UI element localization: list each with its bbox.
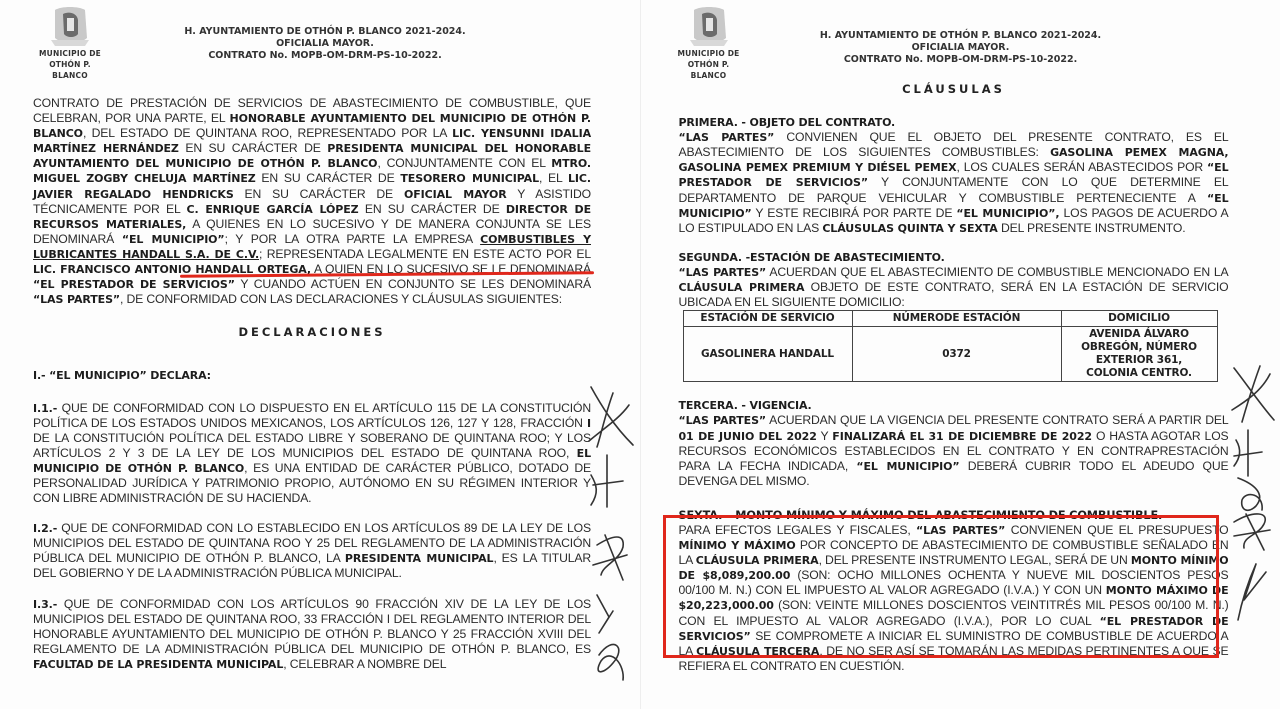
clause-primera-heading: PRIMERA. - OBJETO DEL CONTRATO. [679, 115, 1229, 130]
section-title-clausulas: CLÁUSULAS [679, 82, 1229, 97]
municipality-logo: MUNICIPIO DE OTHÓN P. BLANCO [669, 4, 749, 81]
signature-marks-left [583, 385, 638, 690]
table-header-row: ESTACIÓN DE SERVICIO NÚMERODE ESTACIÓN D… [683, 311, 1217, 327]
page-clausulas: MUNICIPIO DE OTHÓN P. BLANCO H. AYUNTAMI… [640, 0, 1280, 709]
clause-segunda-heading: SEGUNDA. -ESTACIÓN DE ABASTECIMIENTO. [679, 250, 1229, 265]
company-name: COMBUSTIBLES Y LUBRICANTES HANDALL S.A. … [33, 233, 591, 261]
clause-sexta-heading: SEXTA. – MONTO MÍNIMO Y MÁXIMO DEL ABAST… [679, 508, 1229, 523]
clause-sexta-text: PARA EFECTOS LEGALES Y FISCALES, “LAS PA… [679, 523, 1229, 674]
page-header: MUNICIPIO DE OTHÓN P. BLANCO H. AYUNTAMI… [0, 4, 640, 74]
declaration-i1: I.1.- QUE DE CONFORMIDAD CON LO DISPUEST… [33, 401, 591, 507]
contract-spread: MUNICIPIO DE OTHÓN P. BLANCO H. AYUNTAMI… [0, 0, 1280, 709]
logo-caption-line2: OTHÓN P. BLANCO [30, 59, 110, 81]
column-header: NÚMERODE ESTACIÓN [852, 311, 1061, 327]
header-line-ayuntamiento: H. AYUNTAMIENTO DE OTHÓN P. BLANCO 2021-… [776, 30, 1146, 42]
header-line-oficialia: OFICIALIA MAYOR. [776, 42, 1146, 54]
declaration-i3: I.3.- QUE DE CONFORMIDAD CON LOS ARTÍCUL… [33, 597, 591, 672]
declara-heading: I.- “EL MUNICIPIO” DECLARA: [33, 368, 591, 383]
page-header: MUNICIPIO DE OTHÓN P. BLANCO H. AYUNTAMI… [641, 4, 1280, 74]
logo-emblem-icon [686, 4, 732, 48]
left-page-body: CONTRATO DE PRESTACIÓN DE SERVICIOS DE A… [33, 96, 591, 672]
station-name-cell: GASOLINERA HANDALL [683, 327, 852, 382]
column-header: DOMICILIO [1061, 311, 1217, 327]
header-line-contract-number: CONTRATO No. MOPB-OM-DRM-PS-10-2022. [140, 50, 510, 62]
column-header: ESTACIÓN DE SERVICIO [683, 311, 852, 327]
header-text: H. AYUNTAMIENTO DE OTHÓN P. BLANCO 2021-… [776, 30, 1146, 66]
header-line-contract-number: CONTRATO No. MOPB-OM-DRM-PS-10-2022. [776, 54, 1146, 66]
municipality-logo: MUNICIPIO DE OTHÓN P. BLANCO [30, 4, 110, 81]
logo-caption-line2: OTHÓN P. BLANCO [669, 59, 749, 81]
signature-marks-right [1226, 360, 1280, 645]
clause-tercera-text: “LAS PARTES” ACUERDAN QUE LA VIGENCIA DE… [679, 413, 1229, 488]
section-title-declaraciones: DECLARACIONES [33, 325, 591, 340]
clause-segunda-text: “LAS PARTES” ACUERDAN QUE EL ABASTECIMIE… [679, 265, 1229, 310]
station-address-cell: AVENIDA ÁLVARO OBREGÓN, NÚMERO EXTERIOR … [1061, 327, 1217, 382]
header-text: H. AYUNTAMIENTO DE OTHÓN P. BLANCO 2021-… [140, 26, 510, 62]
right-page-body: CLÁUSULAS PRIMERA. - OBJETO DEL CONTRATO… [679, 82, 1229, 674]
station-number-cell: 0372 [852, 327, 1061, 382]
logo-caption-line1: MUNICIPIO DE [30, 48, 110, 59]
table-row: GASOLINERA HANDALL 0372 AVENIDA ÁLVARO O… [683, 327, 1217, 382]
clause-primera-text: “LAS PARTES” CONVIENEN QUE EL OBJETO DEL… [679, 130, 1229, 236]
header-line-ayuntamiento: H. AYUNTAMIENTO DE OTHÓN P. BLANCO 2021-… [140, 26, 510, 38]
header-line-oficialia: OFICIALIA MAYOR. [140, 38, 510, 50]
clause-tercera-heading: TERCERA. - VIGENCIA. [679, 398, 1229, 413]
logo-emblem-icon [47, 4, 93, 48]
declaration-i2: I.2.- QUE DE CONFORMIDAD CON LO ESTABLEC… [33, 521, 591, 581]
logo-caption-line1: MUNICIPIO DE [669, 48, 749, 59]
page-declaraciones: MUNICIPIO DE OTHÓN P. BLANCO H. AYUNTAMI… [0, 0, 640, 709]
service-station-table: ESTACIÓN DE SERVICIO NÚMERODE ESTACIÓN D… [683, 310, 1218, 382]
